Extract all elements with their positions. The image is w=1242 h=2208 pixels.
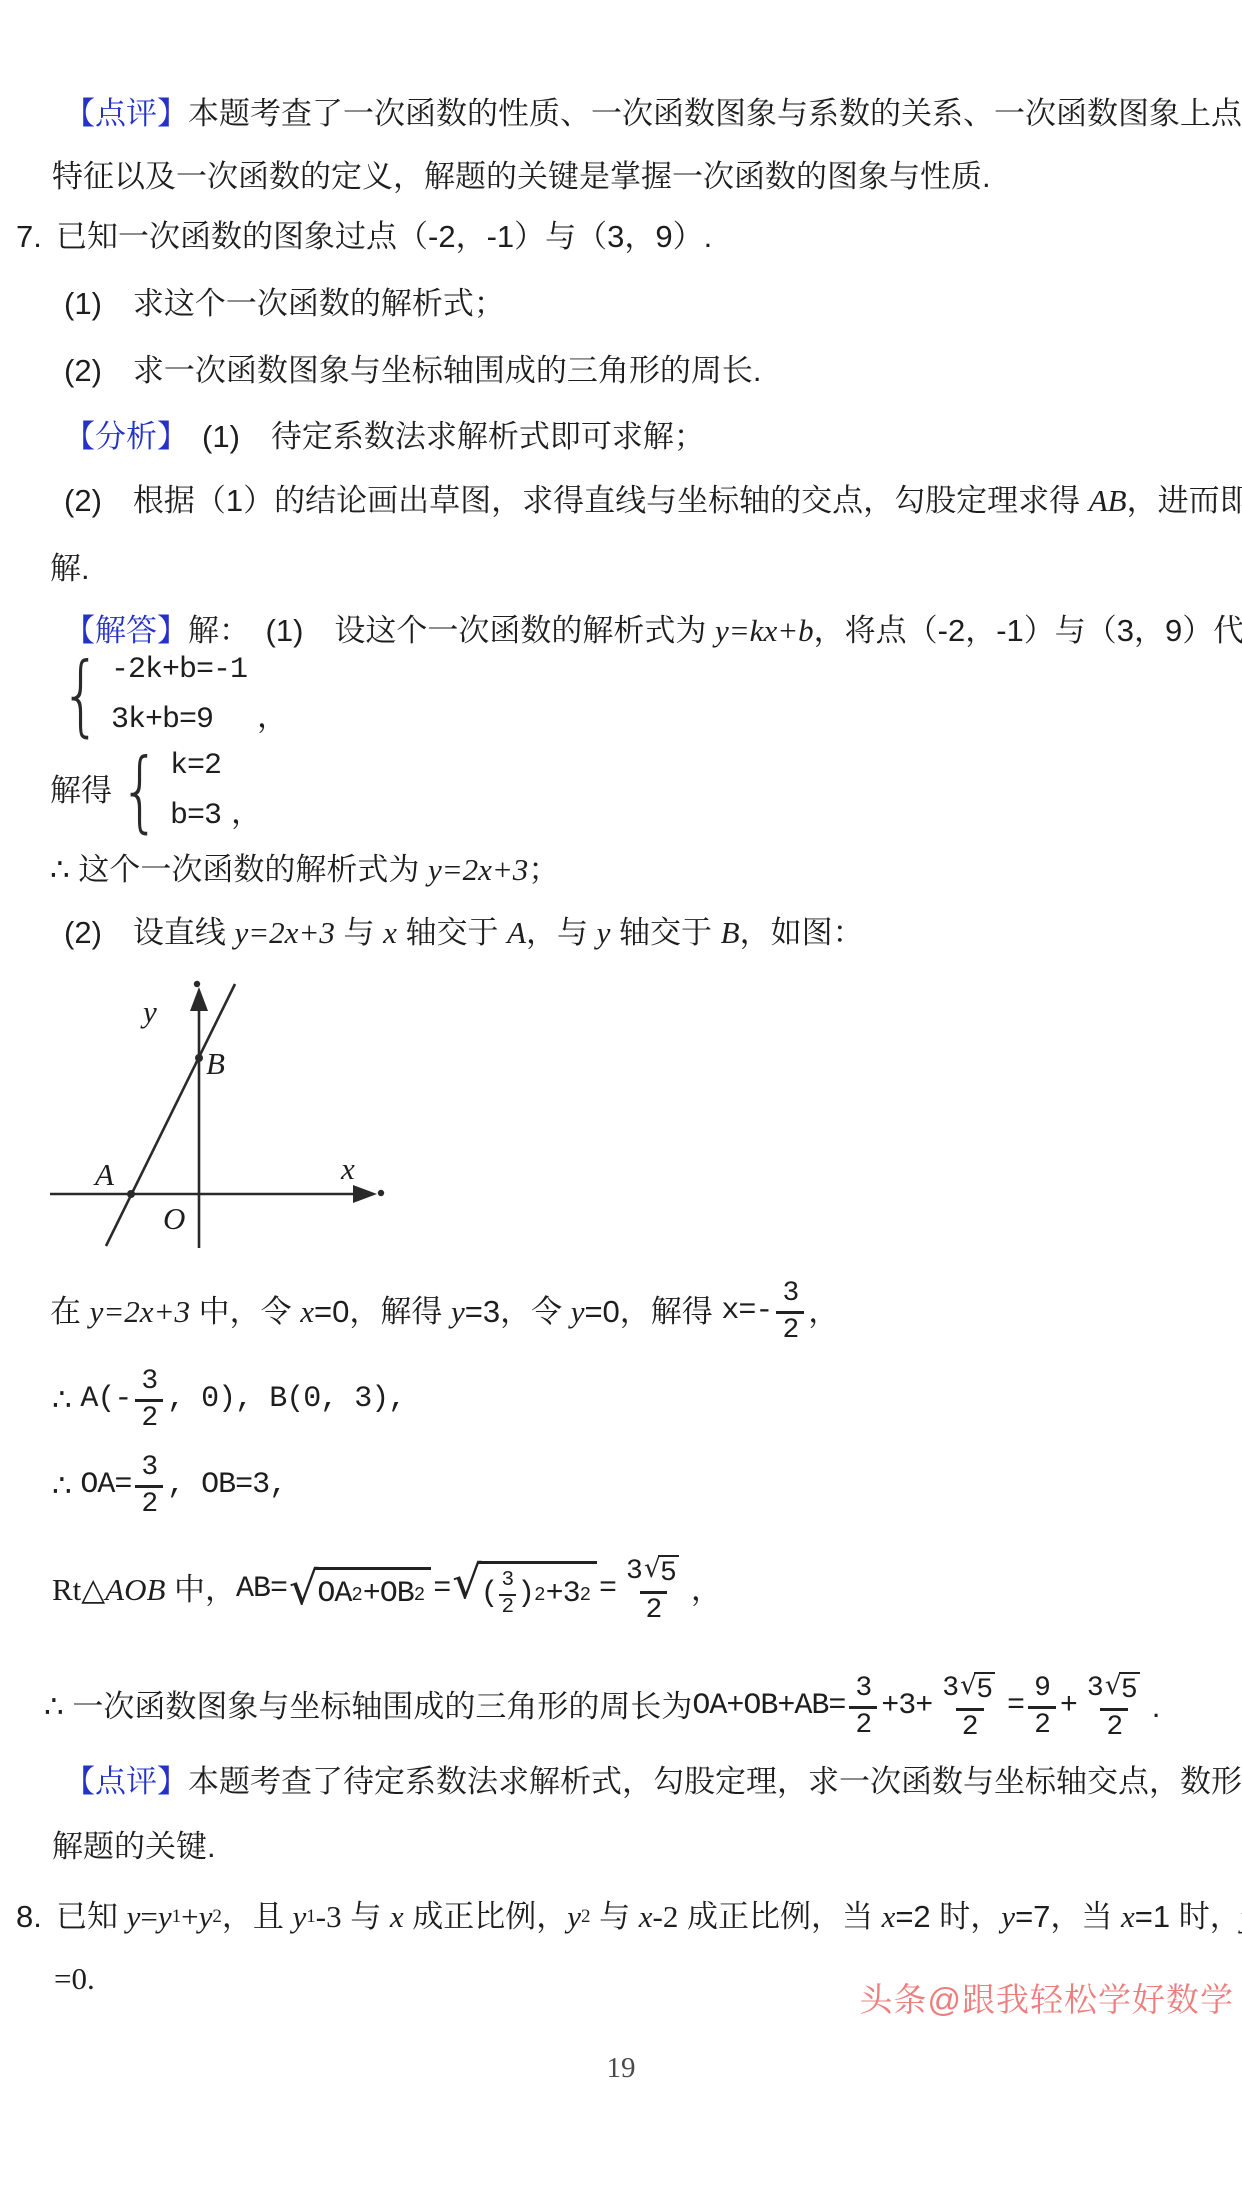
math-expression: y=2x+3	[235, 914, 335, 953]
problem-number: 7.	[16, 218, 56, 257]
text-segment: =1 时，	[1135, 1898, 1241, 1937]
text-segment: 解： (1) 设这个一次函数的解析式为	[188, 612, 715, 651]
math-var: x	[1121, 1898, 1135, 1937]
text-segment: 轴交于	[610, 914, 720, 953]
text-segment: 特征以及一次函数的定义，解题的关键是掌握一次函数的图象与性质.	[52, 158, 991, 197]
y-axis-arrow-icon	[190, 987, 208, 1011]
equation-system-2: 解得 { k=2 b=3 ，	[50, 748, 262, 835]
problem7-stem: 7.已知一次函数的图象过点（-2，-1）与（3，9）.	[16, 218, 712, 257]
square-root: √5	[1105, 1672, 1140, 1705]
math-var: x	[300, 1293, 314, 1332]
figure-label-y: y	[140, 994, 157, 1029]
problem8-line2: =0.	[54, 1960, 95, 1999]
punctuation: ，	[231, 794, 262, 833]
text-segment: =2 时，	[895, 1898, 1001, 1937]
radicand: OA2+OB2	[314, 1567, 431, 1614]
fraction-denominator: 2	[135, 1399, 163, 1433]
fraction-denominator: 2	[956, 1708, 984, 1742]
fraction: 3√52	[620, 1555, 687, 1625]
fraction: 3√52	[1081, 1672, 1148, 1742]
review7-line1: 【点评】本题考查了待定系数法求解析式，勾股定理，求一次函数与坐标轴交点，数形结合…	[64, 1763, 1242, 1802]
math-mono: A(-	[80, 1381, 131, 1419]
text-segment: =3，令	[465, 1293, 571, 1332]
fraction-denominator: 2	[640, 1591, 668, 1625]
square-root: √5	[644, 1555, 679, 1588]
solution-intro: 【解答】解： (1) 设这个一次函数的解析式为 y=kx+b，将点（-2，-1）…	[64, 612, 1242, 651]
plus-sign: +	[1060, 1688, 1077, 1726]
punctuation: .	[1152, 1688, 1161, 1727]
equals-sign: =	[433, 1571, 450, 1609]
fraction: 32	[135, 1453, 163, 1519]
math-op: -3	[316, 1898, 342, 1937]
math-mono: , OB=3,	[167, 1467, 286, 1505]
review-label: 【点评】	[64, 1763, 188, 1802]
x-axis-arrow-icon	[353, 1185, 377, 1203]
math-var: y	[597, 914, 611, 953]
fraction-numerator: 3√5	[1081, 1672, 1148, 1707]
square-root: √(32)2+32	[452, 1561, 597, 1618]
fraction-denominator: 2	[1028, 1706, 1056, 1740]
coordinate-figure-svg: y B A O x	[45, 978, 385, 1253]
text-segment: (1) 求这个一次函数的解析式；	[64, 285, 505, 324]
math-var: y	[199, 1898, 213, 1937]
fraction-denominator: 2	[776, 1311, 804, 1345]
text-segment: =0，解得	[584, 1293, 721, 1332]
math-mono: +OB	[363, 1576, 414, 1614]
review6-line2: 特征以及一次函数的定义，解题的关键是掌握一次函数的图象与性质.	[52, 158, 991, 197]
fraction: 32	[135, 1367, 163, 1433]
page-number: 19	[0, 2052, 1242, 2085]
figure-label-x: x	[340, 1151, 355, 1186]
math-op: -2	[653, 1898, 679, 1937]
left-brace: {	[120, 751, 160, 832]
equals-sign: =	[599, 1571, 616, 1609]
text-segment: ，且	[222, 1898, 293, 1937]
punctuation: ，	[257, 698, 288, 737]
problem7-q1: (1) 求这个一次函数的解析式；	[64, 285, 505, 324]
fraction-denominator: 2	[135, 1485, 163, 1519]
text-segment: 在	[50, 1293, 90, 1332]
review-label: 【点评】	[64, 95, 188, 134]
fraction-denominator: 2	[1100, 1708, 1128, 1742]
fraction-numerator: 3√5	[936, 1672, 1003, 1707]
equation: b=3	[170, 798, 221, 836]
math-var: y	[1001, 1898, 1015, 1937]
fraction-numerator: 9	[1028, 1674, 1056, 1705]
math-var: y	[571, 1293, 585, 1332]
text-segment: 解得	[50, 772, 112, 811]
square-root: √OA2+OB2	[289, 1567, 431, 1614]
math-mono: +3+	[881, 1688, 932, 1726]
fraction-numerator: 3	[135, 1367, 163, 1398]
text-segment: 解题的关键.	[52, 1828, 216, 1867]
analysis-label: 【分析】	[64, 418, 188, 457]
radicand: 5	[974, 1672, 995, 1705]
text-segment: ∴	[52, 1467, 80, 1506]
math-var: B	[721, 914, 740, 953]
review6-line1: 【点评】本题考查了一次函数的性质、一次函数图象与系数的关系、一次函数图象上点的坐…	[64, 95, 1242, 134]
equals-sign: =	[1007, 1688, 1024, 1726]
text-segment: ∴	[52, 1381, 80, 1420]
text-segment: 成正比例，当	[678, 1898, 881, 1937]
fraction-numerator: 3	[135, 1453, 163, 1484]
part1-conclusion: ∴ 这个一次函数的解析式为 y=2x+3；	[50, 851, 559, 890]
math-op: +	[181, 1898, 198, 1937]
text-segment: (1) 待定系数法求解析式即可求解；	[202, 418, 705, 457]
problem-number: 8.	[16, 1898, 56, 1937]
text-segment: 与	[342, 1898, 390, 1937]
text-segment: (2) 根据（1）的结论画出草图，求得直线与坐标轴的交点，勾股定理求得	[64, 482, 1089, 521]
math-var: AOB	[105, 1571, 165, 1610]
text-segment: 解.	[50, 550, 90, 589]
fraction: 32	[849, 1674, 877, 1740]
math-var: A	[507, 914, 526, 953]
analysis-line1: 【分析】(1) 待定系数法求解析式即可求解；	[64, 418, 705, 457]
text-segment: 成正比例，	[404, 1898, 568, 1937]
radicand: (32)2+32	[478, 1561, 597, 1618]
math-mono: 3	[1087, 1674, 1103, 1703]
y-axis-tip-dot	[194, 981, 200, 987]
text-segment: =0.	[54, 1960, 95, 1999]
equation: 3k+b=9	[111, 702, 213, 740]
calc-points-ab: ∴ A(-32, 0), B(0, 3),	[52, 1362, 405, 1438]
fraction: 3√52	[936, 1672, 1003, 1742]
equation-system-1: { -2k+b=-1 3k+b=9 ，	[53, 652, 288, 739]
text-segment: 已知一次函数的图象过点（-2，-1）与（3，9）.	[56, 218, 712, 257]
fraction-denominator: 2	[849, 1706, 877, 1740]
math-mono: x=-	[721, 1293, 772, 1331]
watermark: 头条@跟我轻松学好数学	[860, 1974, 1235, 2021]
text-segment: ，与	[526, 914, 597, 953]
figure-label-b: B	[206, 1046, 225, 1081]
fraction-numerator: 3	[849, 1674, 877, 1705]
math-mono: +3	[546, 1576, 580, 1614]
figure-label-o: O	[163, 1201, 185, 1236]
math-var: AB	[1089, 482, 1127, 521]
text-segment: 中，令	[190, 1293, 300, 1332]
text-segment: 轴交于	[397, 914, 507, 953]
text-segment: ，进而即可求	[1127, 482, 1242, 521]
math-mono: OA	[317, 1576, 351, 1614]
text-segment: 本题考查了一次函数的性质、一次函数图象与系数的关系、一次函数图象上点的坐标	[188, 95, 1242, 134]
math-var: x	[390, 1898, 404, 1937]
equation: -2k+b=-1	[111, 652, 247, 690]
text-segment: 中，	[165, 1571, 236, 1610]
problem7-q2: (2) 求一次函数图象与坐标轴围成的三角形的周长.	[64, 352, 762, 391]
text-segment: (2) 求一次函数图象与坐标轴围成的三角形的周长.	[64, 352, 762, 391]
review7-line2: 解题的关键.	[52, 1828, 216, 1867]
math-var: x	[383, 914, 397, 953]
part2-setup: (2) 设直线 y=2x+3 与 x 轴交于 A，与 y 轴交于 B，如图：	[64, 914, 864, 953]
point-b-dot	[195, 1054, 203, 1062]
text-segment: 与	[591, 1898, 639, 1937]
math-mono: , 0), B(0, 3),	[167, 1381, 405, 1419]
fraction-numerator: 3√5	[620, 1555, 687, 1590]
math-var: x	[882, 1898, 896, 1937]
text-segment: =7，当	[1015, 1898, 1121, 1937]
punctuation: ，	[808, 1293, 839, 1332]
punctuation: ，	[691, 1571, 722, 1610]
text-segment: ∴ 一次函数图象与坐标轴围成的三角形的周长为	[44, 1688, 692, 1727]
x-axis-tip-dot	[378, 1190, 384, 1196]
text-segment: ；	[528, 851, 559, 890]
fraction: 92	[1028, 1674, 1056, 1740]
math-var: x	[639, 1898, 653, 1937]
text-segment: ，如图：	[740, 914, 864, 953]
text-segment: 已知	[56, 1898, 127, 1937]
coordinate-figure: y B A O x	[45, 978, 385, 1253]
point-a-dot	[127, 1190, 135, 1198]
paren: (	[481, 1576, 498, 1614]
fraction: 32	[776, 1279, 804, 1345]
text-segment: 与	[335, 914, 383, 953]
math-var: y	[293, 1898, 307, 1937]
problem8-stem: 8.已知 y=y1+y2，且 y1-3 与 x 成正比例，y2 与 x-2 成正…	[16, 1898, 1242, 1937]
calc-oa-ob: ∴ OA=32, OB=3,	[52, 1448, 286, 1524]
fraction-numerator: 3	[776, 1279, 804, 1310]
square-root: √5	[960, 1672, 995, 1705]
analysis-line3: 解.	[50, 550, 90, 589]
text-segment: =0，解得	[314, 1293, 451, 1332]
text-segment: ，将点（-2，-1）与（3，9）代入得，	[814, 612, 1242, 651]
calc-intercepts: 在 y=2x+3 中，令 x=0，解得 y=3，令 y=0，解得 x=-32，	[50, 1272, 839, 1352]
radicand: 5	[1119, 1672, 1140, 1705]
math-mono: 3	[626, 1557, 642, 1586]
math-var: y	[158, 1898, 172, 1937]
math-var: y	[127, 1898, 141, 1937]
math-expression: y=2x+3	[428, 851, 528, 890]
fraction-numerator: 3	[499, 1570, 517, 1593]
radicand: 5	[658, 1555, 679, 1588]
text-segment: (2) 设直线	[64, 914, 235, 953]
left-brace: {	[61, 655, 101, 736]
math-expression: y=kx+b	[715, 612, 814, 651]
text-segment: ∴ 这个一次函数的解析式为	[50, 851, 428, 890]
document-page: 【点评】本题考查了一次函数的性质、一次函数图象与系数的关系、一次函数图象上点的坐…	[0, 0, 1242, 2208]
calc-pythagoras: Rt△AOB 中，AB=√OA2+OB2=√(32)2+32=3√52，	[52, 1538, 722, 1642]
math-var: y	[451, 1293, 465, 1332]
calc-perimeter: ∴ 一次函数图象与坐标轴围成的三角形的周长为OA+OB+AB=32+3+3√52…	[44, 1670, 1160, 1744]
text-segment: Rt△	[52, 1571, 105, 1610]
math-var: y	[567, 1898, 581, 1937]
math-mono: AB=	[236, 1571, 287, 1609]
text-segment: 本题考查了待定系数法求解析式，勾股定理，求一次函数与坐标轴交点，数形结合是	[188, 1763, 1242, 1802]
figure-label-a: A	[93, 1157, 115, 1192]
fraction-denominator: 2	[499, 1594, 517, 1619]
analysis-line2: (2) 根据（1）的结论画出草图，求得直线与坐标轴的交点，勾股定理求得 AB，进…	[64, 482, 1242, 521]
math-mono: OA+OB+AB=	[692, 1688, 845, 1726]
math-expression: y=2x+3	[90, 1293, 190, 1332]
equation: k=2	[170, 748, 221, 786]
math-op: =	[140, 1898, 157, 1937]
math-mono: OA=	[80, 1467, 131, 1505]
fraction: 32	[499, 1570, 517, 1618]
math-mono: 3	[942, 1674, 958, 1703]
paren: )	[517, 1576, 534, 1614]
